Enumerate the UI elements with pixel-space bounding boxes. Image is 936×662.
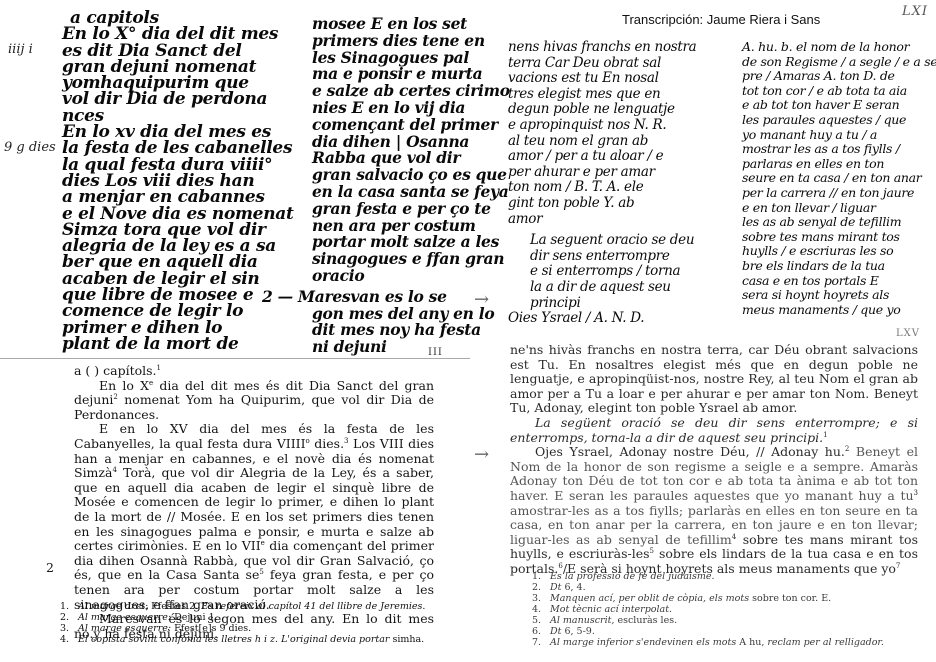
footnote: 7.Al marge inferior s'endevinen els mots… xyxy=(532,637,884,648)
ms-line: per ahurar e per amar xyxy=(508,165,696,181)
ms-line: casa e en tos portals E xyxy=(742,274,936,289)
ms-line: gint ton poble Y. ab xyxy=(508,196,696,212)
ms-line: sera si hoynt hoyrets als xyxy=(742,288,936,303)
footnote: 3.Manquen ací, per oblit de còpia, els m… xyxy=(532,593,884,604)
ms-line: les as ab senyal de tefillim xyxy=(742,215,936,230)
ms-rubric-line: La seguent oracio se deu xyxy=(508,233,696,249)
ms-line: ton nom / B. T. A. ele xyxy=(508,180,696,196)
ms-line: yo manant huy a tu / a xyxy=(742,128,936,143)
ms-line: per la carrera // en ton jaure xyxy=(742,186,936,201)
footnote: 1.Es la professió de fe del judaisme. xyxy=(532,571,884,582)
ms-rubric-line: dir sens enterrompre xyxy=(508,249,696,265)
ms-line: bre els lindars de la tua xyxy=(742,259,936,274)
footnote: 3.Al marge esquerre: Ffest[e]s 9 dies. xyxy=(60,623,425,634)
ms-line: seure en ta casa / en ton anar xyxy=(742,171,936,186)
ms-line: nens hivas franchs en nostra xyxy=(508,40,696,56)
ms-line: parlaras en elles en ton xyxy=(742,157,936,172)
ms-line: ni dejuni xyxy=(312,339,510,356)
ms-line: e apropinquist nos N. R. xyxy=(508,118,696,134)
footnote: 5.Al manuscrit, escluràs les. xyxy=(532,615,884,626)
footnote: 4.Mot tècnic ací interpolat. xyxy=(532,604,884,615)
transcription-paragraph: Ojes Ysrael, Adonay nostre Déu, // Adona… xyxy=(510,445,918,576)
divider xyxy=(0,358,470,359)
transcription-paragraph: ne'ns hivàs franchs en nostra terra, car… xyxy=(510,343,918,416)
ms-line: A. hu. b. el nom de la honor xyxy=(742,40,936,55)
footnote: 6.Dt 6, 5-9. xyxy=(532,626,884,637)
transcription-paragraph: En lo Xe dia del dit mes és dit Dia Sanc… xyxy=(74,379,434,423)
ms-line: meus manaments / que yo xyxy=(742,303,936,318)
ms-line: vacions est tu En nosal xyxy=(508,71,696,87)
ms-line: pre / Amaras A. ton D. de xyxy=(742,69,936,84)
ms-line: amor / per a tu aloar / e xyxy=(508,149,696,165)
footnote: 2.Al marge esquerre: Dejuni 1. xyxy=(60,612,425,623)
footnote: 2.Dt 6, 4. xyxy=(532,582,884,593)
footnote: 1.Al marge dret: Ffestes 2. Es refereix … xyxy=(60,601,425,612)
ms-line: sobre tes mans mirant tos xyxy=(742,230,936,245)
manuscript-right-column-2: A. hu. b. el nom de la honor de son Regi… xyxy=(742,40,936,317)
ms-line: amor xyxy=(508,212,696,228)
transcription-right: ne'ns hivàs franchs en nostra terra, car… xyxy=(510,343,918,577)
ms-rubric-line: principi xyxy=(508,296,696,312)
folio-mark: LXI xyxy=(902,4,928,19)
ms-line: Oies Ysrael / A. N. D. xyxy=(508,311,696,327)
margin-arrow-icon: → xyxy=(474,446,489,464)
manuscript-left-column-1: a capitols En lo X° dia del dit mes es d… xyxy=(62,10,294,352)
ms-line: de son Regisme / a segle / e a sem xyxy=(742,55,936,70)
transcription-paragraph: E en lo XV dia del mes és la festa de le… xyxy=(74,422,434,612)
transcription-paragraph: La següent oració se deu dir sens enterr… xyxy=(510,416,918,445)
footnote: 4.El copista sovint confonia les lletres… xyxy=(60,634,425,645)
margin-note-dies: 9 g dies xyxy=(4,140,56,155)
ms-line: tres elegist mes que en xyxy=(508,87,696,103)
transcription-left: a ( ) capítols.1 En lo Xe dia del dit me… xyxy=(74,364,434,641)
ms-line: al teu nom el gran ab xyxy=(508,134,696,150)
footnotes-left: 1.Al marge dret: Ffestes 2. Es refereix … xyxy=(60,601,425,645)
ms-line: huylls / e escriuras les so xyxy=(742,244,936,259)
margin-arrow-icon: → xyxy=(474,291,489,309)
ms-line: e en ton llevar / liguar xyxy=(742,201,936,216)
ms-line: e ab tot ton haver E seran xyxy=(742,98,936,113)
month-number: 2 xyxy=(46,560,54,575)
transcription-credit: Transcripción: Jaume Riera i Sans xyxy=(622,12,820,27)
ms-line: degun poble ne lenguatje xyxy=(508,102,696,118)
ms-line: oracio xyxy=(312,268,510,285)
ms-line: terra Car Deu obrat sal xyxy=(508,56,696,72)
ms-rubric-line: e si enterromps / torna xyxy=(508,264,696,280)
margin-note-iiij: iiij i xyxy=(8,42,33,57)
ms-rubric-line: la a dir de aquest seu xyxy=(508,280,696,296)
page-number-right: LXV xyxy=(896,328,920,339)
transcription-paragraph: a ( ) capítols.1 xyxy=(74,364,434,379)
footnotes-right: 1.Es la professió de fe del judaisme. 2.… xyxy=(532,571,884,648)
manuscript-right-column-1: nens hivas franchs en nostra terra Car D… xyxy=(508,40,696,327)
ms-line: les paraules aquestes / que xyxy=(742,113,936,128)
page-number-ms-left: III xyxy=(428,347,443,358)
ms-line: plant de la mort de xyxy=(62,336,294,352)
ms-line: tot ton cor / e ab tota ta aia xyxy=(742,84,936,99)
ms-line: mostrar les as a tos fiylls / xyxy=(742,142,936,157)
